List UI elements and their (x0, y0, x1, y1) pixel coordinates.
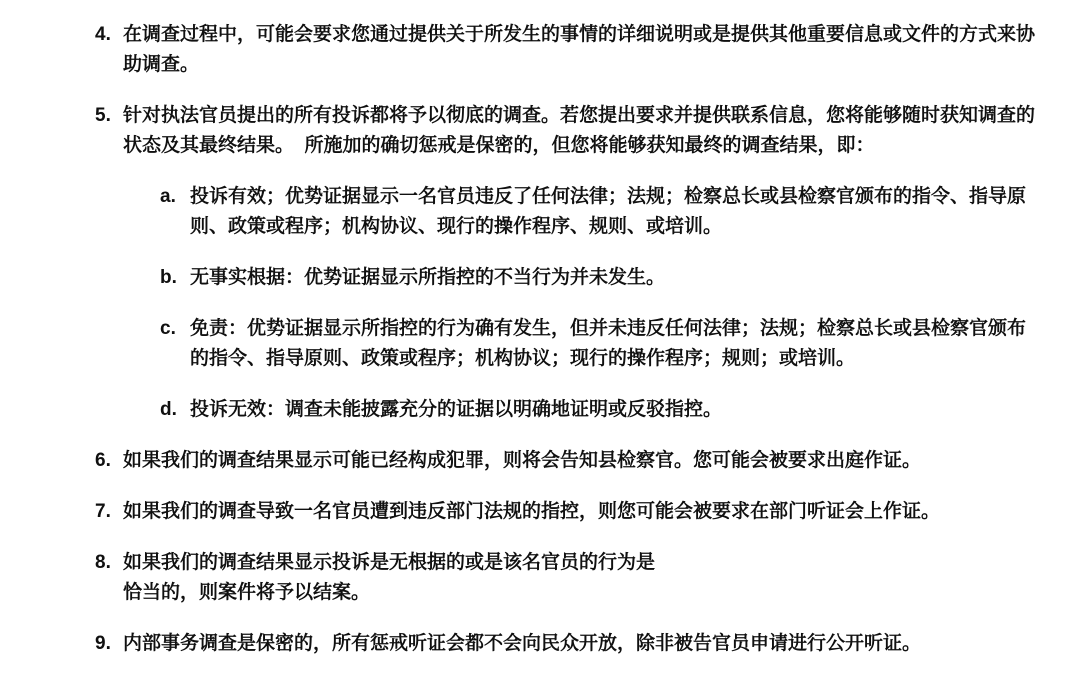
item-number: 8. (95, 548, 123, 578)
item-number: 4. (95, 20, 123, 50)
item-number: 6. (95, 446, 123, 476)
item-number: 5. (95, 101, 123, 131)
sub-item-letter: d. (160, 395, 190, 425)
sub-item-text: 无事实根据：优势证据显示所指控的不当行为并未发生。 (190, 263, 1040, 293)
item-number: 9. (95, 629, 123, 659)
sub-item-d: d. 投诉无效：调查未能披露充分的证据以明确地证明或反驳指控。 (160, 395, 1040, 425)
item-text: 针对执法官员提出的所有投诉都将予以彻底的调查。若您提出要求并提供联系信息，您将能… (123, 101, 1040, 161)
sub-item-letter: a. (160, 182, 190, 212)
sub-item-text: 投诉无效：调查未能披露充分的证据以明确地证明或反驳指控。 (190, 395, 1040, 425)
sub-item-text: 免责：优势证据显示所指控的行为确有发生，但并未违反任何法律；法规；检察总长或县检… (190, 314, 1040, 374)
list-item-8: 8. 如果我们的调查结果显示投诉是无根据的或是该名官员的行为是 恰当的，则案件将… (95, 548, 1040, 608)
list-item-6: 6. 如果我们的调查结果显示可能已经构成犯罪，则将会告知县检察官。您可能会被要求… (95, 446, 1040, 476)
item-number: 7. (95, 497, 123, 527)
sub-item-text: 投诉有效；优势证据显示一名官员违反了任何法律；法规；检察总长或县检察官颁布的指令… (190, 182, 1040, 242)
list-item-5: 5. 针对执法官员提出的所有投诉都将予以彻底的调查。若您提出要求并提供联系信息，… (95, 101, 1040, 161)
document-page: 4. 在调查过程中，可能会要求您通过提供关于所发生的事情的详细说明或是提供其他重… (0, 0, 1080, 675)
sub-item-letter: b. (160, 263, 190, 293)
sub-item-b: b. 无事实根据：优势证据显示所指控的不当行为并未发生。 (160, 263, 1040, 293)
item-text: 在调查过程中，可能会要求您通过提供关于所发生的事情的详细说明或是提供其他重要信息… (123, 20, 1040, 80)
list-item-4: 4. 在调查过程中，可能会要求您通过提供关于所发生的事情的详细说明或是提供其他重… (95, 20, 1040, 80)
sub-item-a: a. 投诉有效；优势证据显示一名官员违反了任何法律；法规；检察总长或县检察官颁布… (160, 182, 1040, 242)
list-item-9: 9. 内部事务调查是保密的，所有惩戒听证会都不会向民众开放，除非被告官员申请进行… (95, 629, 1040, 659)
item-text: 如果我们的调查导致一名官员遭到违反部门法规的指控，则您可能会被要求在部门听证会上… (123, 497, 1040, 527)
item-text: 如果我们的调查结果显示可能已经构成犯罪，则将会告知县检察官。您可能会被要求出庭作… (123, 446, 1040, 476)
item-text: 内部事务调查是保密的，所有惩戒听证会都不会向民众开放，除非被告官员申请进行公开听… (123, 629, 1040, 659)
sub-list: a. 投诉有效；优势证据显示一名官员违反了任何法律；法规；检察总长或县检察官颁布… (160, 182, 1040, 425)
sub-item-c: c. 免责：优势证据显示所指控的行为确有发生，但并未违反任何法律；法规；检察总长… (160, 314, 1040, 374)
sub-item-letter: c. (160, 314, 190, 344)
item-text: 如果我们的调查结果显示投诉是无根据的或是该名官员的行为是 恰当的，则案件将予以结… (123, 548, 1040, 608)
list-item-7: 7. 如果我们的调查导致一名官员遭到违反部门法规的指控，则您可能会被要求在部门听… (95, 497, 1040, 527)
